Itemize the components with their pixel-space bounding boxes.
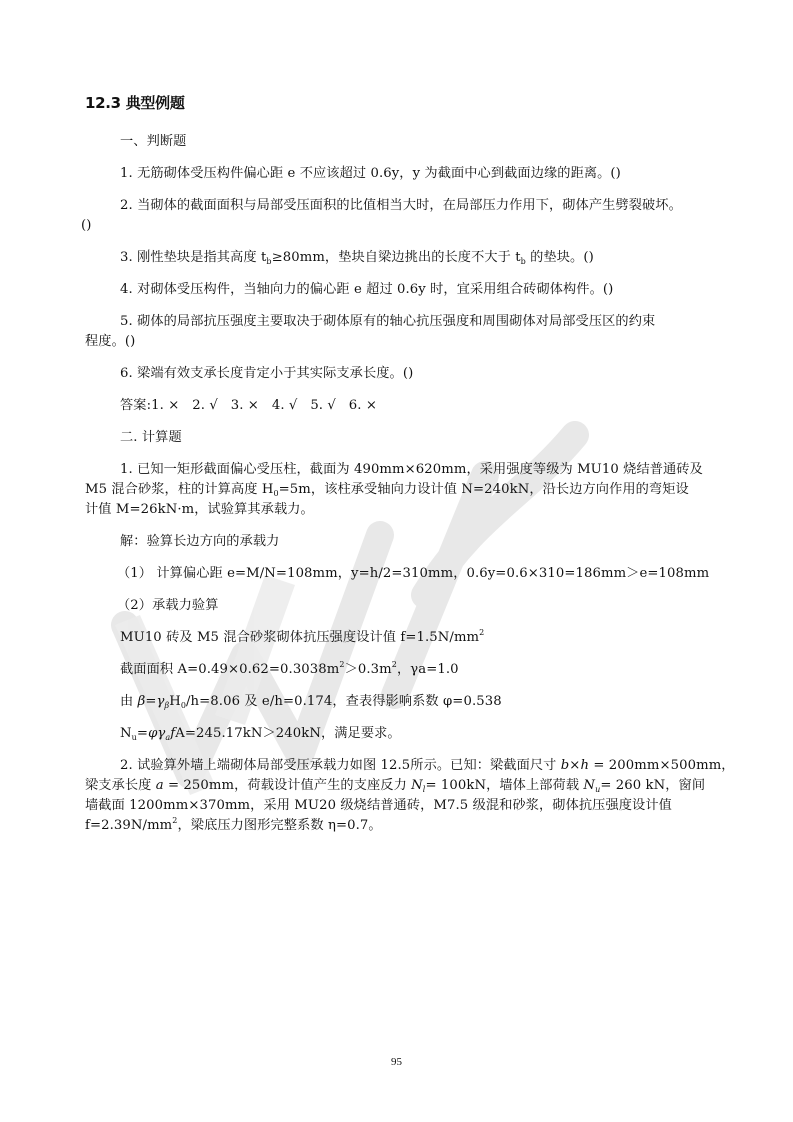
answer-6: 6. × xyxy=(349,398,377,413)
solution-step1: （1） 计算偏心距 e=M/N=108mm，y=h/2=310mm，0.6y=0… xyxy=(117,566,709,582)
problem1-line1: 1. 已知一矩形截面偏心受压柱，截面为 490mm×620mm，采用强度等级为 … xyxy=(120,462,703,478)
answer-4: 4. √ xyxy=(272,398,298,413)
solution-heading: 解：验算长边方向的承载力 xyxy=(120,534,279,550)
question-4: 4. 对砌体受压构件，当轴向力的偏心距 e 超过 0.6y 时，宜采用组合砖砌体… xyxy=(120,282,613,298)
problem2-line3: 墙截面 1200mm×370mm，采用 MU20 级烧结普通砖，M7.5 级混和… xyxy=(85,798,672,814)
question-5-line1: 5. 砌体的局部抗压强度主要取决于砌体原有的轴心抗压强度和周围砌体对局部受压区的… xyxy=(120,314,655,330)
part1-heading: 一、判断题 xyxy=(120,134,186,150)
capacity-line: Nu=φγafA=245.17kN＞240kN，满足要求。 xyxy=(120,726,401,742)
answers-label: 答案: xyxy=(120,398,151,413)
answer-3: 3. × xyxy=(231,398,259,413)
section-title: 12.3 典型例题 xyxy=(85,93,185,113)
problem2-line2: 梁支承长度 a = 250mm，荷载设计值产生的支座反力 Nl= 100kN，墙… xyxy=(85,778,705,794)
problem1-line2: M5 混合砂浆，柱的计算高度 H0=5m，该柱承受轴向力设计值 N=240kN，… xyxy=(85,482,689,498)
beta-line: 由 β=γβH0/h=8.06 及 e/h=0.174，查表得影响系数 φ=0.… xyxy=(120,694,502,710)
question-6: 6. 梁端有效支承长度肯定小于其实际支承长度。() xyxy=(120,366,413,382)
question-2-line1: 2. 当砌体的截面面积与局部受压面积的比值相当大时，在局部压力作用下，砌体产生劈… xyxy=(120,198,682,214)
area-line: 截面面积 A=0.49×0.62=0.3038m2＞0.3m2，γa=1.0 xyxy=(120,662,459,678)
part2-heading: 二. 计算题 xyxy=(120,430,182,446)
answer-1: 1. × xyxy=(151,398,179,413)
problem2-line1: 2. 试验算外墙上端砌体局部受压承载力如图 12.5所示。已知：梁截面尺寸 b×… xyxy=(120,758,735,774)
problem1-line3: 计值 M=26kN·m，试验算其承载力。 xyxy=(85,502,314,518)
question-2-line2: () xyxy=(81,218,92,234)
page-number: 95 xyxy=(0,1056,793,1068)
question-5-line2: 程度。() xyxy=(85,334,135,350)
solution-step2-heading: （2）承载力验算 xyxy=(117,598,219,614)
answer-2: 2. √ xyxy=(192,398,218,413)
question-1: 1. 无筋砌体受压构件偏心距 e 不应该超过 0.6y，y 为截面中心到截面边缘… xyxy=(120,166,621,182)
answers-row: 答案:1. × 2. √ 3. × 4. √ 5. √ 6. × xyxy=(120,398,377,414)
strength-line: MU10 砖及 M5 混合砂浆砌体抗压强度设计值 f=1.5N/mm2 xyxy=(120,630,484,646)
problem2-line4: f=2.39N/mm2，梁底压力图形完整系数 η=0.7。 xyxy=(85,818,382,834)
answer-5: 5. √ xyxy=(310,398,336,413)
document-page: 12.3 典型例题 一、判断题 1. 无筋砌体受压构件偏心距 e 不应该超过 0… xyxy=(0,0,793,1122)
question-3: 3. 刚性垫块是指其高度 tb≥80mm，垫块自梁边挑出的长度不大于 tb 的垫… xyxy=(120,250,594,266)
